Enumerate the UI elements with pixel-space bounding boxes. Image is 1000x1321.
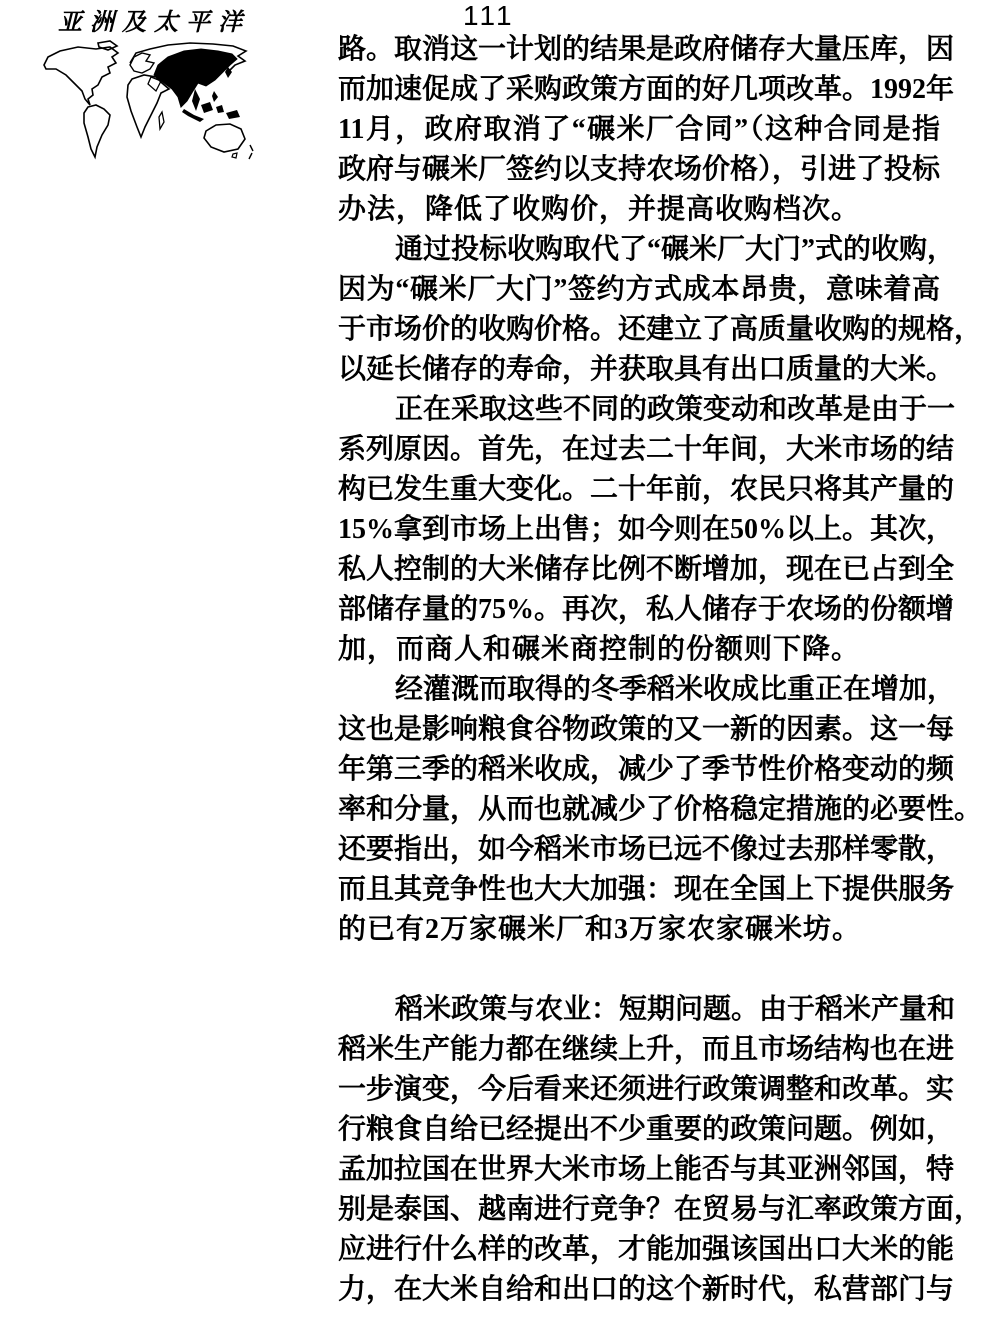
text-line: 因为“碾米厂大门”签约方式成本昂贵，意味着高 bbox=[338, 270, 940, 310]
text-line: 路。取消这一计划的结果是政府储存大量压库，因 bbox=[338, 30, 940, 70]
page-number: 111 bbox=[463, 0, 515, 32]
book-page: 亚洲及太平洋 bbox=[0, 0, 1000, 1321]
text-line: 还要指出，如今稻米市场已远不像过去那样零散， bbox=[338, 830, 940, 870]
text-line: 这也是影响粮食谷物政策的又一新的因素。这一每 bbox=[338, 710, 940, 750]
text-line: 正在采取这些不同的政策变动和改革是由于一 bbox=[338, 390, 940, 430]
text-line: 系列原因。首先，在过去二十年间，大米市场的结 bbox=[338, 430, 940, 470]
text-line: 孟加拉国在世界大米市场上能否与其亚洲邻国，特 bbox=[338, 1150, 940, 1190]
text-line: 部储存量的75%。再次，私人储存于农场的份额增 bbox=[338, 590, 940, 630]
text-line: 的已有2万家碾米厂和3万家农家碾米坊。 bbox=[338, 910, 940, 950]
text-line-section-start: 稻米政策与农业：短期问题。由于稻米产量和 bbox=[338, 990, 940, 1030]
text-line: 经灌溉而取得的冬季稻米收成比重正在增加， bbox=[338, 670, 940, 710]
text-line: 而加速促成了采购政策方面的好几项改革。1992年 bbox=[338, 70, 940, 110]
text-line: 别是泰国、越南进行竞争？在贸易与汇率政策方面， bbox=[338, 1190, 940, 1230]
text-line: 年第三季的稻米收成，减少了季节性价格变动的频 bbox=[338, 750, 940, 790]
world-map-asia-highlighted-icon bbox=[38, 39, 266, 163]
body-text-column: 路。取消这一计划的结果是政府储存大量压库，因 而加速促成了采购政策方面的好几项改… bbox=[338, 30, 940, 1310]
region-label: 亚洲及太平洋 bbox=[38, 2, 278, 37]
text-line: 15%拿到市场上出售；如今则在50%以上。其次， bbox=[338, 510, 940, 550]
text-line: 办法，降低了收购价，并提高收购档次。 bbox=[338, 190, 940, 230]
text-line: 11月，政府取消了“碾米厂合同”（这种合同是指 bbox=[338, 110, 940, 150]
text-line: 以延长储存的寿命，并获取具有出口质量的大米。 bbox=[338, 350, 940, 390]
text-line: 而且其竞争性也大大加强：现在全国上下提供服务 bbox=[338, 870, 940, 910]
text-line: 一步演变，今后看来还须进行政策调整和改革。实 bbox=[338, 1070, 940, 1110]
text-line: 构已发生重大变化。二十年前，农民只将其产量的 bbox=[338, 470, 940, 510]
text-line: 于市场价的收购价格。还建立了高质量收购的规格， bbox=[338, 310, 940, 350]
text-line: 加，而商人和碾米商控制的份额则下降。 bbox=[338, 630, 940, 670]
text-line: 通过投标收购取代了“碾米厂大门”式的收购， bbox=[338, 230, 940, 270]
page-masthead: 亚洲及太平洋 bbox=[38, 2, 278, 163]
text-line: 力，在大米自给和出口的这个新时代，私营部门与 bbox=[338, 1270, 940, 1310]
text-line: 稻米生产能力都在继续上升，而且市场结构也在进 bbox=[338, 1030, 940, 1070]
text-line: 率和分量，从而也就减少了价格稳定措施的必要性。 bbox=[338, 790, 940, 830]
text-line: 应进行什么样的改革，才能加强该国出口大米的能 bbox=[338, 1230, 940, 1270]
text-line: 私人控制的大米储存比例不断增加，现在已占到全 bbox=[338, 550, 940, 590]
text-line: 政府与碾米厂签约以支持农场价格），引进了投标 bbox=[338, 150, 940, 190]
text-line: 行粮食自给已经提出不少重要的政策问题。例如， bbox=[338, 1110, 940, 1150]
